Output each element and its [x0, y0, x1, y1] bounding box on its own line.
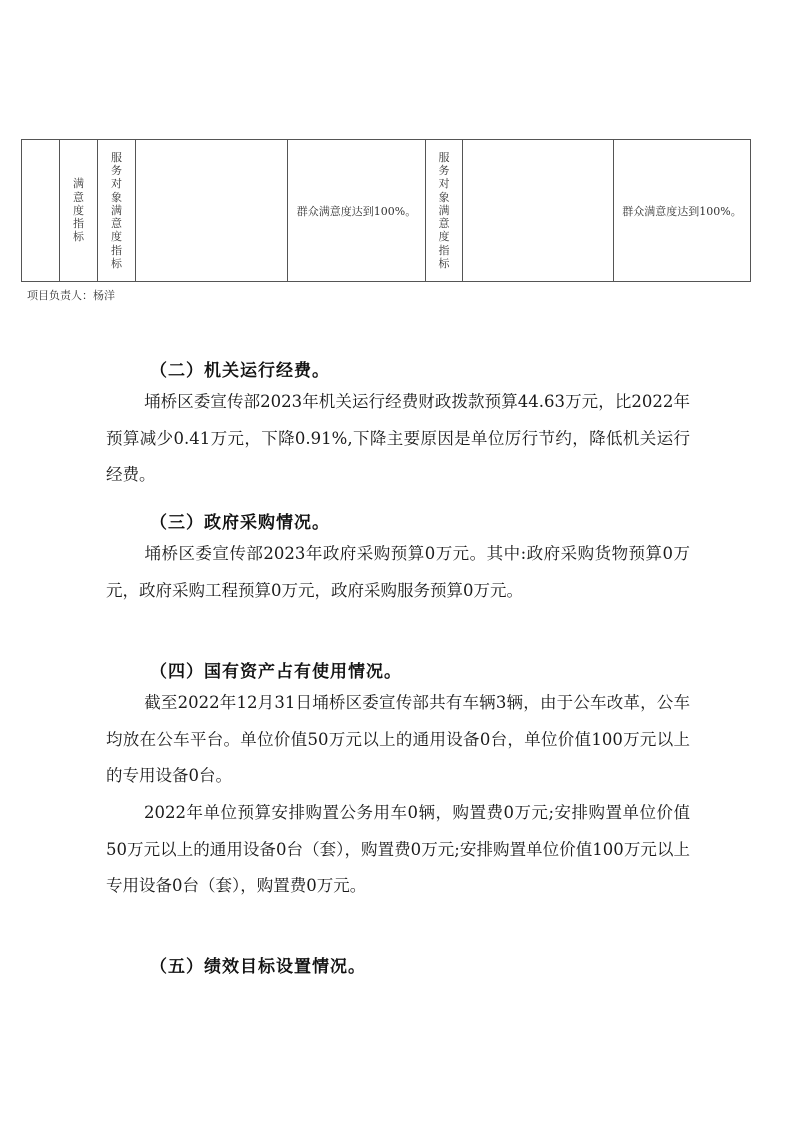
paragraph-state-assets-2: 2022年单位预算安排购置公务用车0辆，购置费0万元;安排购置单位价值50万元以…: [106, 795, 690, 905]
section-heading-performance-targets: （五）绩效目标设置情况。: [150, 952, 366, 977]
section-heading-operating-expenses: （二）机关运行经费。: [150, 356, 330, 381]
table-row: 满意度指标 服务对象满意度指标 群众满意度达到100%。 服务对象满意度指标 群…: [22, 140, 751, 282]
performance-indicator-table: 满意度指标 服务对象满意度指标 群众满意度达到100%。 服务对象满意度指标 群…: [21, 139, 751, 282]
paragraph-government-procurement: 埇桥区委宣传部2023年政府采购预算0万元。其中:政府采购货物预算0万元，政府采…: [106, 536, 690, 609]
table-cell-target-value: 群众满意度达到100%。: [288, 140, 426, 282]
section-heading-government-procurement: （三）政府采购情况。: [150, 508, 330, 533]
table-cell-blank: [136, 140, 288, 282]
table-cell-indicator-name-2: 服务对象满意度指标: [426, 140, 463, 282]
paragraph-state-assets-1: 截至2022年12月31日埇桥区委宣传部共有车辆3辆，由于公车改革，公车均放在公…: [106, 685, 690, 795]
table-cell-indicator-name: 服务对象满意度指标: [98, 140, 136, 282]
table-cell-target-value-2: 群众满意度达到100%。: [614, 140, 751, 282]
section-heading-state-assets: （四）国有资产占有使用情况。: [150, 657, 402, 682]
table-cell-empty: [22, 140, 60, 282]
table-cell-blank-2: [463, 140, 614, 282]
project-lead-note: 项目负责人：杨洋: [27, 287, 115, 303]
table-cell-indicator-category: 满意度指标: [60, 140, 98, 282]
paragraph-operating-expenses: 埇桥区委宣传部2023年机关运行经费财政拨款预算44.63万元，比2022年预算…: [106, 384, 690, 494]
